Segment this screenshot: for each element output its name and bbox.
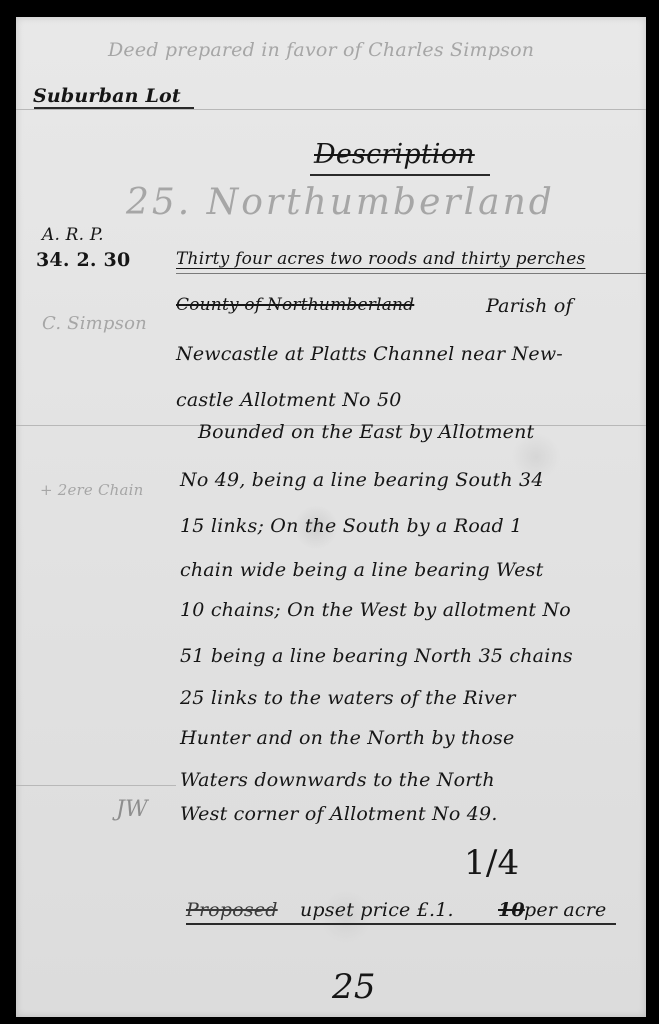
ruled-line: [16, 109, 646, 110]
margin-chain-note: + 2ere Chain: [40, 481, 144, 499]
body-line: 51 being a line bearing North 35 chains: [180, 645, 573, 667]
body-line: castle Allotment No 50: [176, 389, 402, 411]
body-line: No 49, being a line bearing South 34: [180, 469, 544, 491]
body-line: West corner of Allotment No 49.: [180, 803, 498, 825]
price-underline: [186, 923, 616, 925]
title-underline: [310, 174, 490, 176]
section-label: Suburban Lot: [33, 85, 181, 107]
area-units-label: A. R. P.: [42, 225, 104, 245]
document-page: Deed prepared in favor of Charles Simpso…: [16, 17, 646, 1017]
price-suffix: per acre: [524, 899, 606, 921]
body-line: 10 chains; On the West by allotment No: [180, 599, 571, 621]
body-line: Waters downwards to the North: [180, 769, 495, 791]
margin-name-note: C. Simpson: [42, 313, 147, 334]
page-number: 25: [332, 967, 376, 1007]
margin-initials: JW: [116, 797, 148, 822]
body-line: 15 links; On the South by a Road 1: [180, 515, 522, 537]
price-text: upset price £.1.: [300, 899, 454, 921]
county-pencil-note: 25. Northumberland: [126, 182, 555, 223]
body-line: chain wide being a line bearing West: [180, 559, 543, 581]
body-line: Bounded on the East by Allotment: [198, 421, 534, 443]
price-struck-word: Proposed: [186, 899, 278, 921]
body-line: Hunter and on the North by those: [180, 727, 514, 749]
section-label-underline: [34, 107, 194, 109]
body-line-area: Thirty four acres two roods and thirty p…: [176, 249, 585, 269]
price-correction: 1/4: [464, 843, 519, 883]
body-line: 25 links to the waters of the River: [180, 687, 516, 709]
body-line-county-struck: County of Northumberland: [176, 295, 414, 315]
body-line: Newcastle at Platts Channel near New-: [176, 343, 563, 365]
area-line-rule: [176, 273, 646, 274]
price-struck-value: 10: [498, 899, 525, 921]
header-note: Deed prepared in favor of Charles Simpso…: [108, 39, 534, 61]
area-values: 34. 2. 30: [36, 249, 130, 271]
page-title: Description: [314, 139, 475, 170]
body-line-parish: Parish of: [486, 295, 573, 317]
ruled-line: [16, 785, 176, 786]
